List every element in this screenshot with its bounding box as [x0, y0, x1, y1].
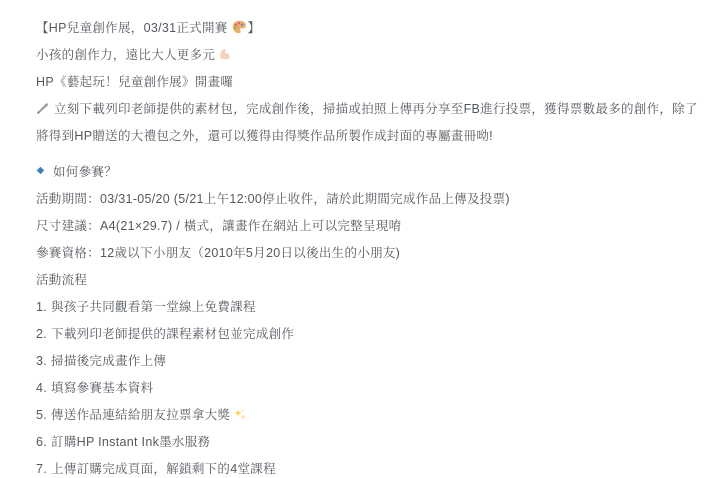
intro-paragraph: 立刻下載列印老師提供的素材包，完成創作後，掃描或拍照上傳再分享至FB進行投票，獲… [36, 96, 706, 150]
step-number: 3. [36, 354, 47, 368]
flow-step-3: 3.掃描後完成畫作上傳 [36, 348, 706, 375]
flow-step-4: 4.填寫參賽基本資料 [36, 375, 706, 402]
intro-line-exhibition: HP《藝起玩！兒童創作展》開畫囉 [36, 69, 706, 96]
pen-icon [36, 102, 49, 115]
flow-step-2: 2.下載列印老師提供的課程素材包並完成創作 [36, 321, 706, 348]
intro-paragraph-text: 立刻下載列印老師提供的素材包，完成創作後，掃描或拍照上傳再分享至FB進行投票，獲… [36, 102, 698, 143]
flow-step-1: 1.與孩子共同觀看第一堂線上免費課程 [36, 294, 706, 321]
section-how-to-join-heading: 如何參賽？ [36, 159, 706, 186]
small-blue-diamond-icon [36, 166, 45, 175]
step-text: 掃描後完成畫作上傳 [51, 354, 166, 368]
step-number: 6. [36, 435, 47, 449]
flow-step-6: 6.訂購HP Instant Ink墨水服務 [36, 429, 706, 456]
eligibility: 參賽資格：12歲以下小朋友（2010年5月20日以後出生的小朋友) [36, 240, 706, 267]
step-text: 與孩子共同觀看第一堂線上免費課程 [51, 300, 256, 314]
flow-step-5: 5.傳送作品連結給朋友拉票拿大獎 [36, 402, 706, 429]
intro-exhibition-text: HP《藝起玩！兒童創作展》開畫囉 [36, 75, 233, 89]
step-text: 填寫參賽基本資料 [51, 381, 153, 395]
step-text: 傳送作品連結給朋友拉票拿大獎 [51, 408, 230, 422]
step-text: 訂購HP Instant Ink墨水服務 [51, 435, 210, 449]
flow-title: 活動流程 [36, 267, 706, 294]
step-number: 1. [36, 300, 47, 314]
step-number: 2. [36, 327, 47, 341]
post-title-text: 【HP兒童創作展，03/31正式開賽 [36, 21, 228, 35]
activity-period: 活動期間：03/31-05/20 (5/21上午12:00停止收件，請於此期間完… [36, 186, 706, 213]
flow-step-7: 7.上傳訂購完成頁面，解鎖剩下的4堂課程 [36, 456, 706, 478]
step-number: 7. [36, 462, 47, 476]
step-number: 5. [36, 408, 47, 422]
step-text: 上傳訂購完成頁面，解鎖剩下的4堂課程 [51, 462, 276, 476]
step-text: 下載列印老師提供的課程素材包並完成創作 [51, 327, 294, 341]
intro-creativity-text: 小孩的創作力，遠比大人更多元 [36, 48, 215, 62]
artist-palette-icon [232, 20, 246, 34]
intro-line-creativity: 小孩的創作力，遠比大人更多元 [36, 42, 706, 69]
size-recommendation: 尺寸建議：A4(21×29.7) / 橫式，讓畫作在網站上可以完整呈現唷 [36, 213, 706, 240]
post-title-bracket: 】 [248, 21, 261, 35]
sparkles-icon [233, 408, 246, 421]
post-content: 【HP兒童創作展，03/31正式開賽】 小孩的創作力，遠比大人更多元 HP《藝起… [0, 0, 728, 478]
how-to-join-title: 如何參賽？ [53, 165, 117, 179]
flexed-biceps-icon [218, 47, 232, 61]
step-number: 4. [36, 381, 47, 395]
post-title: 【HP兒童創作展，03/31正式開賽】 [36, 15, 706, 42]
